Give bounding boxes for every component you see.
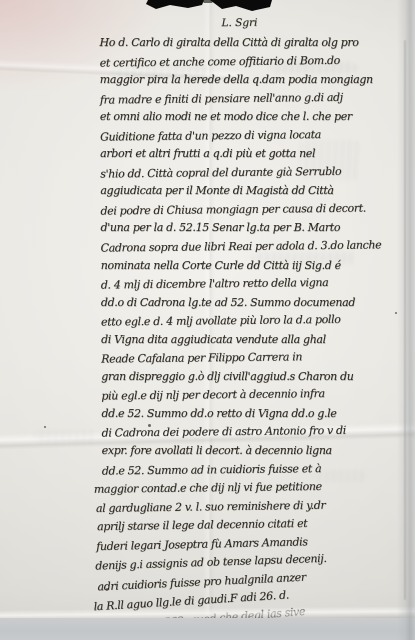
manuscript-line: Ho d. Carlo di giralta della Città di gi…	[100, 34, 372, 53]
manuscript-line: expr. fore avollati li decort. à decenni…	[102, 442, 374, 461]
manuscript-line: d'una per la d. 52.15 Senar lg.ta per B.…	[101, 219, 373, 238]
manuscript-photo: L. Sgri Ho d. Carlo di giralta della Cit…	[0, 0, 415, 640]
manuscript-line: Guiditione fatta d'un pezzo di vigna loc…	[100, 125, 372, 147]
manuscript-line: dei podre di Chiusa mongiagn per causa d…	[100, 199, 372, 221]
ink-bleedthrough	[34, 430, 98, 442]
manuscript-line: et certifico et anche come offitiario di…	[100, 51, 372, 73]
manuscript-line: Cadrona sopra due libri Reai per adola d…	[101, 236, 373, 258]
ink-speck	[44, 426, 46, 428]
manuscript-line: s'hio dd. Città copral del durante già S…	[100, 162, 372, 184]
handwritten-text-block: L. Sgri Ho d. Carlo di giralta della Cit…	[99, 12, 374, 628]
manuscript-line: maggior pira la herede della q.dam podia…	[100, 71, 372, 90]
manuscript-line: nominata nella Corte Curle dd Città iij …	[101, 257, 373, 276]
manuscript-line: più egl.e dij nlj per decort à decennio …	[101, 385, 373, 407]
dark-backdrop-notch	[146, 0, 278, 15]
manuscript-line: fra madre e finiti di pensiare nell'anno…	[100, 88, 372, 110]
manuscript-line: dd.e 52. Summo dd.o retto di Vigna dd.o …	[101, 405, 373, 424]
manuscript-line: dd.o di Cadrona lg.te ad 52. Summo docum…	[101, 294, 373, 313]
manuscript-header: L. Sgri	[103, 12, 375, 34]
manuscript-line: etto egl.e d. 4 mlj avollate più loro la…	[101, 311, 373, 333]
manuscript-line: et omni alio modi ne et modo dice che l.…	[100, 108, 372, 127]
manuscript-line: di Cadrona dei podere di astro Antonio f…	[101, 422, 373, 444]
manuscript-line: d. 4 mlj di dicembre l'altro retto della…	[101, 274, 373, 296]
manuscript-line: aggiudicata per il Monte di Magistà dd C…	[100, 182, 372, 201]
paper-right-edge-shadow	[397, 0, 415, 640]
paper-right-edge-line	[404, 40, 406, 600]
manuscript-line: arbori et altri frutti a q.di più et got…	[100, 145, 372, 164]
manuscript-line: Reade Cafalana per Filippo Carrera in	[101, 348, 373, 370]
manuscript-line: di Vigna dita aggiudicata vendute alla g…	[101, 331, 373, 350]
paper-bottom-edge	[0, 618, 415, 640]
manuscript-line: gran dispreggio g.ò dlj civill'aggiud.s …	[101, 368, 373, 387]
